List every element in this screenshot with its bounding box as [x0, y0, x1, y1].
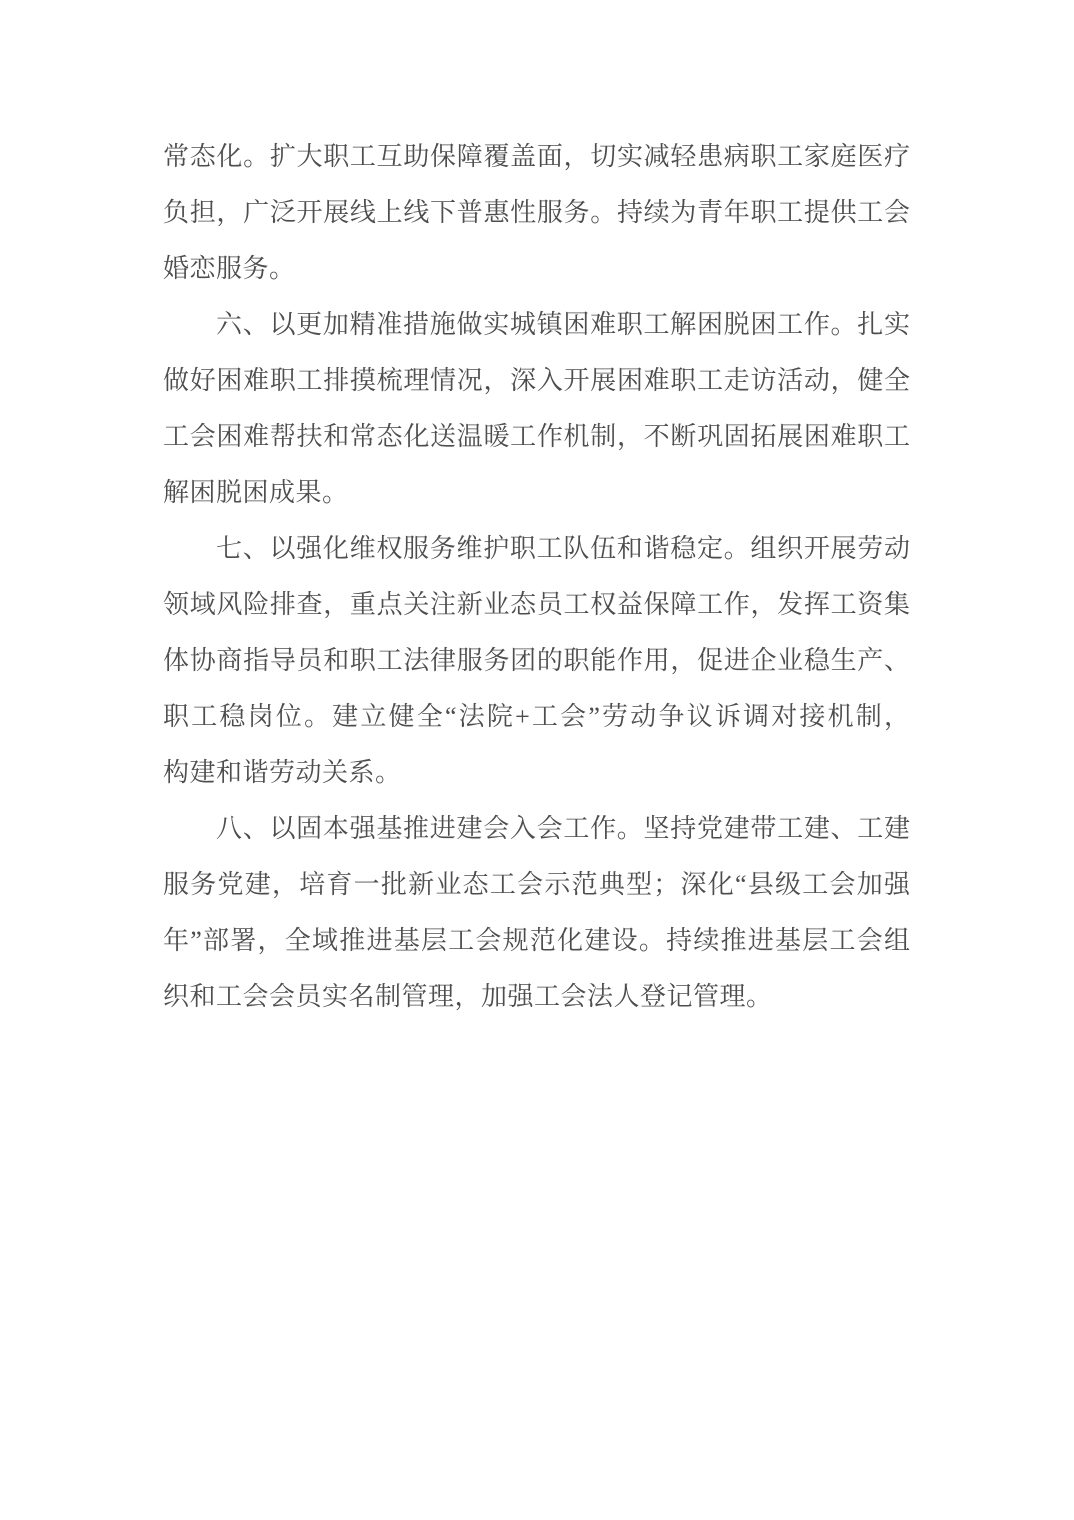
text-line: 婚恋服务。	[163, 241, 910, 297]
text-line: 六、以更加精准措施做实城镇困难职工解困脱困工作。扎实	[163, 297, 910, 353]
text-line: 八、以固本强基推进建会入会工作。坚持党建带工建、工建	[163, 801, 910, 857]
paragraph-section-6: 六、以更加精准措施做实城镇困难职工解困脱困工作。扎实 做好困难职工排摸梳理情况，…	[163, 297, 910, 521]
text-line: 七、以强化维权服务维护职工队伍和谐稳定。组织开展劳动	[163, 521, 910, 577]
text-line: 织和工会会员实名制管理，加强工会法人登记管理。	[163, 969, 910, 1025]
text-line: 构建和谐劳动关系。	[163, 745, 910, 801]
paragraph-continuation: 常态化。扩大职工互助保障覆盖面，切实减轻患病职工家庭医疗 负担，广泛开展线上线下…	[163, 129, 910, 297]
text-line: 解困脱困成果。	[163, 465, 910, 521]
text-line: 年”部署，全域推进基层工会规范化建设。持续推进基层工会组	[163, 913, 910, 969]
text-line: 负担，广泛开展线上线下普惠性服务。持续为青年职工提供工会	[163, 185, 910, 241]
text-line: 领域风险排查，重点关注新业态员工权益保障工作，发挥工资集	[163, 577, 910, 633]
text-line: 做好困难职工排摸梳理情况，深入开展困难职工走访活动，健全	[163, 353, 910, 409]
text-line: 职工稳岗位。建立健全“法院+工会”劳动争议诉调对接机制，	[163, 689, 910, 745]
document-page: 常态化。扩大职工互助保障覆盖面，切实减轻患病职工家庭医疗 负担，广泛开展线上线下…	[0, 0, 1074, 1520]
text-line: 服务党建，培育一批新业态工会示范典型；深化“县级工会加强	[163, 857, 910, 913]
paragraph-section-8: 八、以固本强基推进建会入会工作。坚持党建带工建、工建 服务党建，培育一批新业态工…	[163, 801, 910, 1025]
text-line: 体协商指导员和职工法律服务团的职能作用，促进企业稳生产、	[163, 633, 910, 689]
text-line: 常态化。扩大职工互助保障覆盖面，切实减轻患病职工家庭医疗	[163, 129, 910, 185]
text-line: 工会困难帮扶和常态化送温暖工作机制，不断巩固拓展困难职工	[163, 409, 910, 465]
paragraph-section-7: 七、以强化维权服务维护职工队伍和谐稳定。组织开展劳动 领域风险排查，重点关注新业…	[163, 521, 910, 801]
